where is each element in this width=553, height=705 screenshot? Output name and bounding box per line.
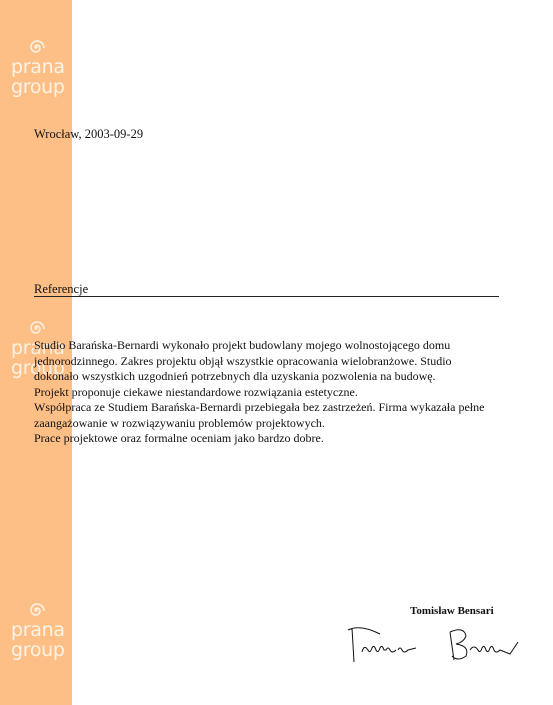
logo-word-2: group bbox=[0, 640, 72, 660]
body-line: Prace projektowe oraz formalne oceniam j… bbox=[34, 431, 514, 447]
spiral-icon bbox=[26, 318, 46, 338]
body-line: dokonało wszystkich uzgodnień potrzebnyc… bbox=[34, 369, 514, 385]
subject: Referencje bbox=[34, 282, 88, 297]
divider bbox=[34, 296, 499, 297]
signer-name: Tomisław Bensari bbox=[410, 604, 494, 619]
body-line: Projekt proponuje ciekawe niestandardowe… bbox=[34, 385, 514, 401]
handwritten-signature bbox=[340, 620, 530, 670]
letter-body: Studio Barańska-Bernardi wykonało projek… bbox=[34, 338, 514, 447]
logo: prana group bbox=[0, 37, 72, 97]
place-date: Wrocław, 2003-09-29 bbox=[34, 127, 143, 142]
logo-word-1: prana bbox=[0, 620, 72, 640]
logo: prana group bbox=[0, 600, 72, 660]
logo-word-1: prana bbox=[0, 57, 72, 77]
body-line: jednorodzinnego. Zakres projektu objął w… bbox=[34, 354, 514, 370]
body-line: Współpraca ze Studiem Barańska-Bernardi … bbox=[34, 400, 514, 416]
body-line: Studio Barańska-Bernardi wykonało projek… bbox=[34, 338, 514, 354]
body-line: zaangażowanie w rozwiązywaniu problemów … bbox=[34, 416, 514, 432]
spiral-icon bbox=[26, 37, 46, 57]
logo-word-2: group bbox=[0, 77, 72, 97]
spiral-icon bbox=[26, 600, 46, 620]
